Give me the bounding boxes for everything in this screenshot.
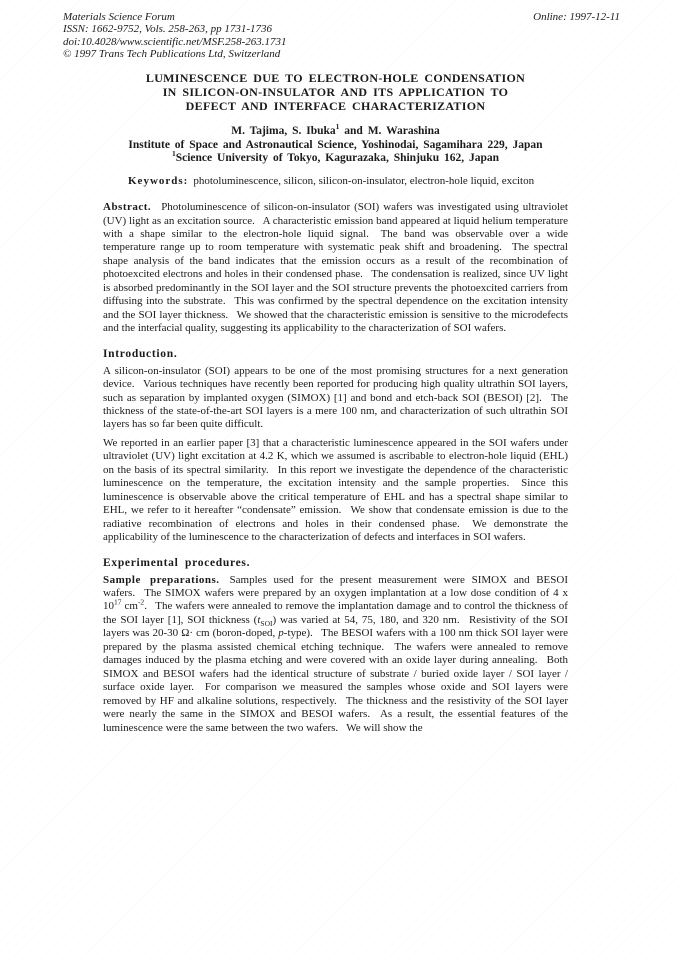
abstract-text: Photoluminescence of silicon-on-insulato…: [103, 201, 568, 334]
journal-header-block: Materials Science ForumISSN: 1662-9752, …: [63, 11, 287, 60]
paragraph-text: We reported in an earlier paper [3] that…: [103, 437, 568, 543]
paper-title: LUMINESCENCE DUE TO ELECTRON-HOLE CONDEN…: [103, 71, 568, 113]
paper-title-line: IN SILICON-ON-INSULATOR AND ITS APPLICAT…: [103, 85, 568, 99]
paragraph-lead-label: Sample preparations.: [103, 574, 220, 586]
journal-header-line: Materials Science Forum: [63, 11, 287, 23]
paragraph-text: A silicon-on-insulator (SOI) appears to …: [103, 365, 568, 431]
article-column: LUMINESCENCE DUE TO ELECTRON-HOLE CONDEN…: [103, 71, 568, 735]
online-date: Online: 1997-12-11: [533, 11, 620, 23]
affiliations-block: Institute of Space and Astronautical Sci…: [103, 139, 568, 166]
sections-container: Introduction.A silicon-on-insulator (SOI…: [103, 348, 568, 735]
section-paragraph: Sample preparations.Samples used for the…: [103, 574, 568, 735]
section-paragraph: We reported in an earlier paper [3] that…: [103, 437, 568, 545]
paper-title-line: DEFECT AND INTERFACE CHARACTERIZATION: [103, 99, 568, 113]
authors-line: M. Tajima, S. Ibuka1 and M. Warashina: [103, 125, 568, 139]
keywords-label: Keywords:: [128, 175, 188, 187]
page-header: Materials Science ForumISSN: 1662-9752, …: [63, 11, 620, 60]
journal-header-line: © 1997 Trans Tech Publications Ltd, Swit…: [63, 48, 287, 60]
journal-header-line: ISSN: 1662-9752, Vols. 258-263, pp 1731-…: [63, 23, 287, 35]
journal-header-line: doi:10.4028/www.scientific.net/MSF.258-2…: [63, 36, 287, 48]
abstract-label: Abstract.: [103, 201, 151, 213]
keywords-line: Keywords:photoluminescence, silicon, sil…: [103, 175, 568, 188]
affiliation-line: 1Science University of Tokyo, Kagurazaka…: [103, 152, 568, 166]
keywords-text: photoluminescence, silicon, silicon-on-i…: [193, 175, 534, 187]
section-heading: Introduction.: [103, 348, 568, 361]
section-paragraph: A silicon-on-insulator (SOI) appears to …: [103, 365, 568, 432]
section-heading: Experimental procedures.: [103, 557, 568, 570]
scanned-paper-page: { "meta": { "header_lines": [ "Materials…: [0, 0, 678, 959]
abstract-paragraph: Abstract.Photoluminescence of silicon-on…: [103, 201, 568, 336]
paragraph-text: Samples used for the present measurement…: [103, 574, 568, 734]
paper-title-line: LUMINESCENCE DUE TO ELECTRON-HOLE CONDEN…: [103, 71, 568, 85]
